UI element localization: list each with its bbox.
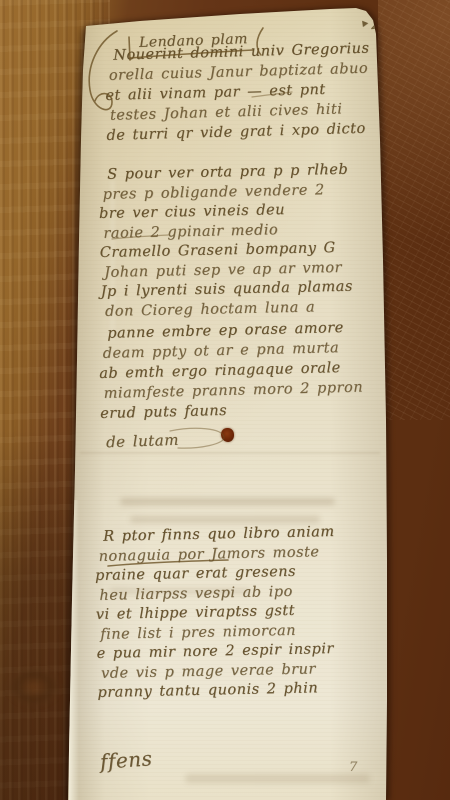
paper-shadow-wrap: ‣23) Lendano plam Nouerint domini univ G…: [0, 0, 450, 800]
show-through-smudge: [120, 498, 335, 505]
margin-note: de lutam: [106, 431, 179, 452]
manuscript-paragraph-3: panne embre ep orase amore deam ppty ot …: [98, 318, 364, 424]
paper-crease-horizontal: [80, 452, 380, 454]
corner-mark: 7: [349, 760, 358, 775]
show-through-smudge: [185, 774, 370, 783]
folio-number: ‣23): [359, 11, 401, 36]
manuscript-paragraph-1: Nouerint domini univ Gregorius orella cu…: [104, 39, 372, 146]
photograph-of-manuscript: ‣23) Lendano plam Nouerint domini univ G…: [0, 0, 450, 800]
manuscript-line: pranny tantu quonis 2 phin: [97, 679, 338, 704]
manuscript-paragraph-2: S pour ver orta pra p p rlheb pres p obl…: [98, 161, 353, 322]
show-through-smudge: [130, 516, 320, 523]
manuscript-paper: ‣23) Lendano plam Nouerint domini univ G…: [0, 0, 450, 800]
paper-edge-highlight: [69, 500, 79, 800]
ink-blot-hole: [221, 428, 234, 442]
manuscript-paragraph-4: R ptor finns quo libro aniam nonaguia po…: [94, 523, 338, 703]
signature: ffens: [99, 746, 153, 774]
